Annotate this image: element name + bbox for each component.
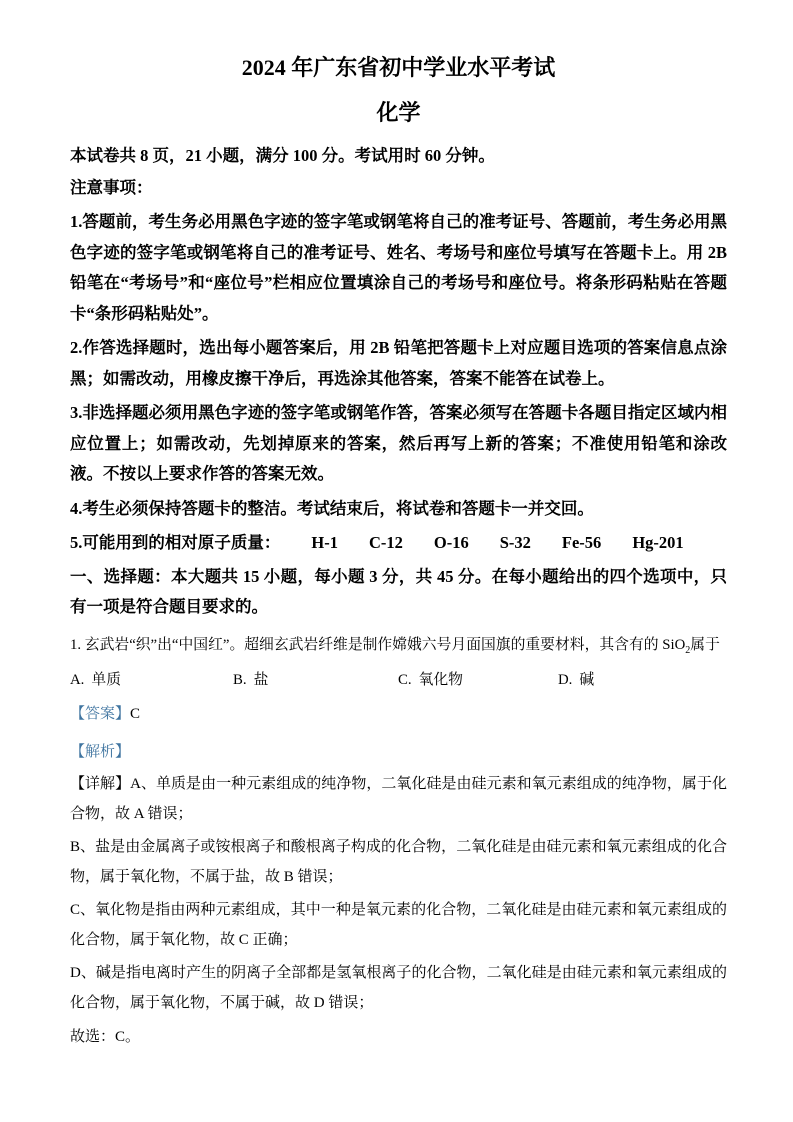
detail-paragraph-b: B、盐是由金属离子或铵根离子和酸根离子构成的化合物，二氧化硅是由硅元素和氧元素组… (70, 832, 727, 893)
atomic-mass-h: H-1 (311, 528, 338, 559)
atomic-mass-c: C-12 (369, 528, 403, 559)
detail-paragraph-a: 【详解】A、单质是由一种元素组成的纯净物，二氧化硅是由硅元素和氧元素组成的纯净物… (70, 769, 727, 830)
option-a-label: A. (70, 672, 84, 688)
option-b-label: B. (233, 672, 247, 688)
exam-info: 本试卷共 8 页，21 小题，满分 100 分。考试用时 60 分钟。 (70, 140, 727, 171)
option-a-text: 单质 (91, 672, 121, 688)
detail-label: 【详解】 (70, 776, 130, 792)
option-c-label: C. (398, 672, 412, 688)
detail-paragraph-c: C、氧化物是指由两种元素组成，其中一种是氧元素的化合物，二氧化硅是由硅元素和氧元… (70, 895, 727, 956)
answer-value: C (130, 706, 140, 722)
conclusion-line: 故选：C。 (70, 1022, 727, 1053)
atomic-mass-prefix: 5.可能用到的相对原子质量： (70, 533, 280, 552)
notice-item-4: 4.考生必须保持答题卡的整洁。考试结束后，将试卷和答题卡一并交回。 (70, 494, 727, 525)
question-1-stem-text: 1. 玄武岩“织”出“中国红”。超细玄武岩纤维是制作嫦娥六号月面国旗的重要材料，… (70, 637, 685, 653)
notice-title: 注意事项： (70, 172, 727, 203)
atomic-mass-o: O-16 (434, 528, 469, 559)
analysis-line: 【解析】 (70, 737, 727, 767)
option-b-text: 盐 (254, 672, 269, 688)
answer-label: 【答案】 (70, 706, 130, 722)
option-a: A.单质 (70, 669, 233, 691)
atomic-mass-fe: Fe-56 (562, 528, 601, 559)
option-c-text: 氧化物 (419, 672, 463, 688)
option-c: C.氧化物 (398, 669, 558, 691)
atomic-mass-hg: Hg-201 (632, 528, 683, 559)
detail-section: 【详解】A、单质是由一种元素组成的纯净物，二氧化硅是由硅元素和氧元素组成的纯净物… (70, 769, 727, 1053)
option-b: B.盐 (233, 669, 398, 691)
section-heading: 一、选择题：本大题共 15 小题，每小题 3 分，共 45 分。在每小题给出的四… (70, 562, 727, 623)
subject-title: 化学 (70, 99, 727, 127)
notice-item-3: 3.非选择题必须用黑色字迹的签字笔或钢笔作答，答案必须写在答题卡各题目指定区域内… (70, 398, 727, 490)
option-d-text: 碱 (579, 672, 594, 688)
atomic-mass-s: S-32 (500, 528, 531, 559)
exam-document-page: 2024 年广东省初中学业水平考试 化学 本试卷共 8 页，21 小题，满分 1… (0, 0, 793, 1122)
question-1-stem-suffix: 属于 (690, 637, 720, 653)
notice-item-2: 2.作答选择题时，选出每小题答案后，用 2B 铅笔把答题卡上对应题目选项的答案信… (70, 333, 727, 394)
notice-item-5: 5.可能用到的相对原子质量：H-1C-12O-16S-32Fe-56Hg-201 (70, 528, 727, 559)
analysis-label: 【解析】 (70, 744, 130, 760)
option-d-label: D. (558, 672, 572, 688)
question-1-stem: 1. 玄武岩“织”出“中国红”。超细玄武岩纤维是制作嫦娥六号月面国旗的重要材料，… (70, 630, 727, 660)
detail-paragraph-d: D、碱是指电离时产生的阴离子全部都是氢氧根离子的化合物，二氧化硅是由硅元素和氧元… (70, 958, 727, 1019)
notice-item-1: 1.答题前，考生务必用黑色字迹的签字笔或钢笔将自己的准考证号、答题前，考生务必用… (70, 207, 727, 329)
detail-paragraph-a-text: A、单质是由一种元素组成的纯净物，二氧化硅是由硅元素和氧元素组成的纯净物，属于化… (70, 776, 727, 823)
option-d: D.碱 (558, 669, 727, 691)
question-1-options: A.单质 B.盐 C.氧化物 D.碱 (70, 669, 727, 691)
page-title: 2024 年广东省初中学业水平考试 (70, 54, 727, 82)
answer-line: 【答案】C (70, 699, 727, 729)
